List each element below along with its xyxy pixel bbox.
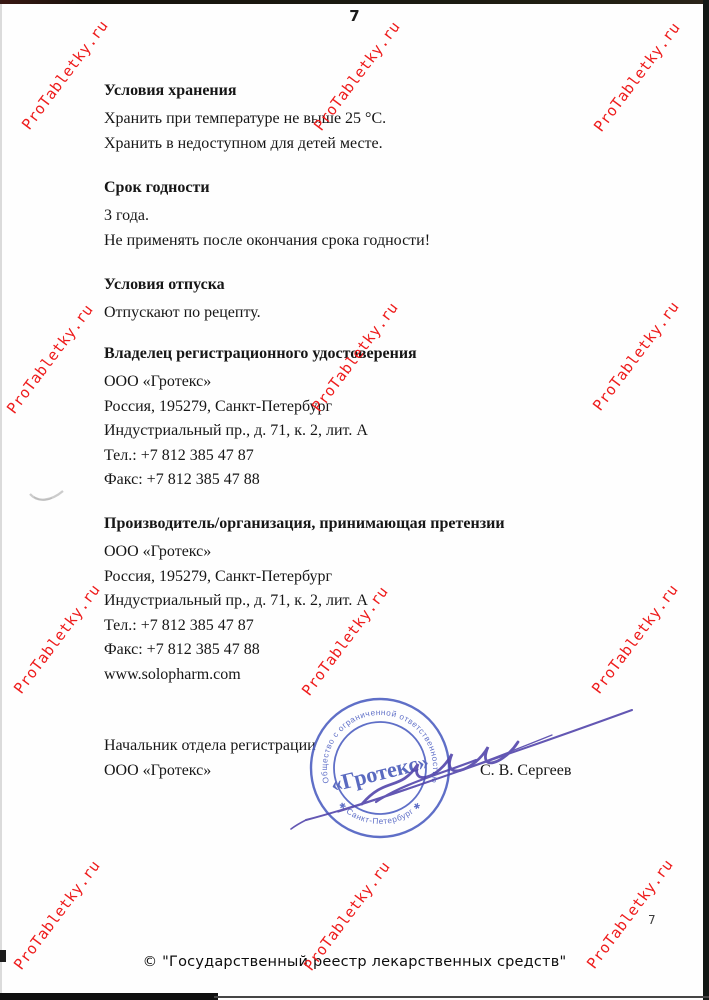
signature-title-line: Начальник отдела регистрации <box>104 734 316 759</box>
company-stamp: Общество с ограниченной ответственностью… <box>290 690 640 860</box>
section-line: Россия, 195279, Санкт-Петербург <box>104 565 505 590</box>
section-line: ООО «Гротекс» <box>104 540 505 565</box>
section-line: Хранить в недоступном для детей месте. <box>104 132 386 157</box>
section-line: Тел.: +7 812 385 47 87 <box>104 444 417 469</box>
watermark-protabletky: ProTabletky.ru <box>587 580 682 698</box>
section-line: Россия, 195279, Санкт-Петербург <box>104 395 417 420</box>
footer-copyright: © "Государственный реестр лекарственных … <box>0 954 709 970</box>
section-line: Индустриальный пр., д. 71, к. 2, лит. А <box>104 589 505 614</box>
section-line: Факс: +7 812 385 47 88 <box>104 638 505 663</box>
section-line: www.solopharm.com <box>104 663 505 688</box>
watermark-protabletky: ProTabletky.ru <box>588 297 683 415</box>
section-manufacturer: Производитель/организация, принимающая п… <box>104 513 505 688</box>
scan-artifact-top-strip <box>0 0 709 4</box>
scan-artifact-left-nub <box>0 950 6 962</box>
page-number-top: 7 <box>0 7 709 25</box>
section-line: Факс: +7 812 385 47 88 <box>104 468 417 493</box>
section-dispensing-conditions: Условия отпуска Отпускают по рецепту. <box>104 274 261 326</box>
section-registration-holder: Владелец регистрационного удостоверения … <box>104 343 417 493</box>
signature-block: Начальник отдела регистрации ООО «Гротек… <box>104 734 316 783</box>
section-storage-conditions: Условия хранения Хранить при температуре… <box>104 80 386 156</box>
section-line: Отпускают по рецепту. <box>104 301 261 326</box>
section-shelf-life: Срок годности 3 года. Не применять после… <box>104 177 430 253</box>
scan-artifact-left-line <box>0 0 2 1000</box>
section-heading: Условия хранения <box>104 80 386 101</box>
section-line: Хранить при температуре не выше 25 °С. <box>104 107 386 132</box>
scan-artifact-bottom-bar <box>0 993 218 1000</box>
section-heading: Срок годности <box>104 177 430 198</box>
section-heading: Условия отпуска <box>104 274 261 295</box>
watermark-protabletky: ProTabletky.ru <box>9 580 104 698</box>
section-line: ООО «Гротекс» <box>104 370 417 395</box>
page-number-bottom: 7 <box>648 913 656 927</box>
section-line: Тел.: +7 812 385 47 87 <box>104 614 505 639</box>
watermark-protabletky: ProTabletky.ru <box>2 300 97 418</box>
smudge-mark <box>28 484 66 508</box>
section-heading: Производитель/организация, принимающая п… <box>104 513 505 534</box>
scanned-document-page: 7 Условия хранения Хранить при температу… <box>0 0 709 1000</box>
signature-org-line: ООО «Гротекс» <box>104 759 316 784</box>
section-line: Не применять после окончания срока годно… <box>104 229 430 254</box>
watermark-protabletky: ProTabletky.ru <box>17 16 112 134</box>
section-line: 3 года. <box>104 204 430 229</box>
scan-artifact-right-strip <box>703 0 709 1000</box>
watermark-protabletky: ProTabletky.ru <box>589 18 684 136</box>
scan-artifact-bottom-line <box>214 996 709 998</box>
section-heading: Владелец регистрационного удостоверения <box>104 343 417 364</box>
section-line: Индустриальный пр., д. 71, к. 2, лит. А <box>104 419 417 444</box>
